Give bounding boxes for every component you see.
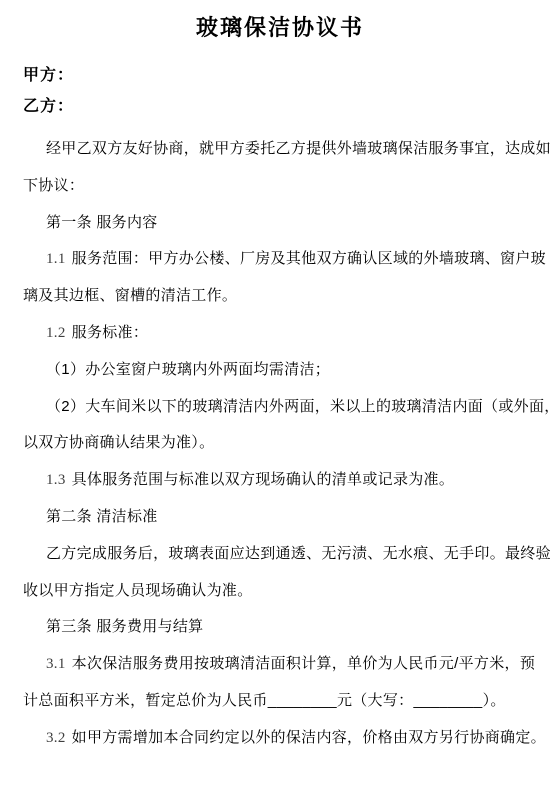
clause-number: 1.2 [46,325,66,341]
document-line: 第一条 服务内容 [23,205,542,242]
document-line: 1.1服务范围：甲方办公楼、厂房及其他双方确认区域的外墙玻璃、窗户玻 [23,241,542,278]
line-text: 如甲方需增加本合同约定以外的保洁内容，价格由双方另行协商确定。 [72,729,546,746]
line-text: 具体服务范围与标准以双方现场确认的清单或记录为准。 [72,471,455,488]
document-line: 第三条 服务费用与结算 [23,609,542,646]
clause-number: 1.1 [46,251,66,267]
document-line: 璃及其边框、窗槽的清洁工作。 [23,278,542,315]
document-line: 下协议： [23,168,542,205]
line-text: 下协议： [23,177,84,194]
document-line: 经甲乙双方友好协商，就甲方委托乙方提供外墙玻璃保洁服务事宜，达成如 [23,131,542,168]
clause-number: 3.1 [46,656,66,672]
party-b-label: 乙方： [23,91,540,122]
document-line: 3.1本次保洁服务费用按玻璃清洁面积计算，单价为人民币元/平方米，预 [23,646,542,683]
document-line: 1.2服务标准： [23,315,542,352]
line-text: 计总面积平方米，暂定总价为人民币________元（大写：________）。 [23,692,506,709]
line-text: 服务范围：甲方办公楼、厂房及其他双方确认区域的外墙玻璃、窗户玻 [72,250,546,267]
document-line: 乙方完成服务后，玻璃表面应达到通透、无污渍、无水痕、无手印。最终验 [23,536,542,573]
document-line: 第二条 清洁标准 [23,499,542,536]
document-title: 玻璃保洁协议书 [0,14,560,42]
line-text: 服务标准： [72,324,149,341]
document-line: 以双方协商确认结果为准）。 [23,425,542,462]
party-a-label: 甲方： [23,60,540,91]
document-line: 计总面积平方米，暂定总价为人民币________元（大写：________）。 [23,683,542,720]
document-line: 3.2如甲方需增加本合同约定以外的保洁内容，价格由双方另行协商确定。 [23,720,542,757]
line-text: 璃及其边框、窗槽的清洁工作。 [23,287,237,304]
line-text: 第一条 服务内容 [46,214,158,231]
document-line: 1.3具体服务范围与标准以双方现场确认的清单或记录为准。 [23,462,542,499]
parties-section: 甲方： 乙方： [23,60,540,122]
line-text: 本次保洁服务费用按玻璃清洁面积计算，单价为人民币元/平方米，预 [72,655,535,672]
document-line: （1）办公室窗户玻璃内外两面均需清洁； [23,352,542,389]
line-text: （2）大车间米以下的玻璃清洁内外两面，米以上的玻璃清洁内面（或外面， [46,398,560,415]
line-text: （1）办公室窗户玻璃内外两面均需清洁； [46,361,330,378]
line-text: 收以甲方指定人员现场确认为准。 [23,582,253,599]
document-line: （2）大车间米以下的玻璃清洁内外两面，米以上的玻璃清洁内面（或外面， [23,389,542,426]
document-line: 收以甲方指定人员现场确认为准。 [23,573,542,610]
line-text: 第二条 清洁标准 [46,508,158,525]
line-text: 以双方协商确认结果为准）。 [23,434,214,451]
document-body: 经甲乙双方友好协商，就甲方委托乙方提供外墙玻璃保洁服务事宜，达成如下协议：第一条… [23,131,542,757]
line-text: 乙方完成服务后，玻璃表面应达到通透、无污渍、无水痕、无手印。最终验 [46,545,551,562]
clause-number: 1.3 [46,472,66,488]
line-text: 第三条 服务费用与结算 [46,618,203,635]
clause-number: 3.2 [46,730,66,746]
line-text: 经甲乙双方友好协商，就甲方委托乙方提供外墙玻璃保洁服务事宜，达成如 [46,140,551,157]
document-page: 玻璃保洁协议书 甲方： 乙方： 经甲乙双方友好协商，就甲方委托乙方提供外墙玻璃保… [0,0,560,785]
